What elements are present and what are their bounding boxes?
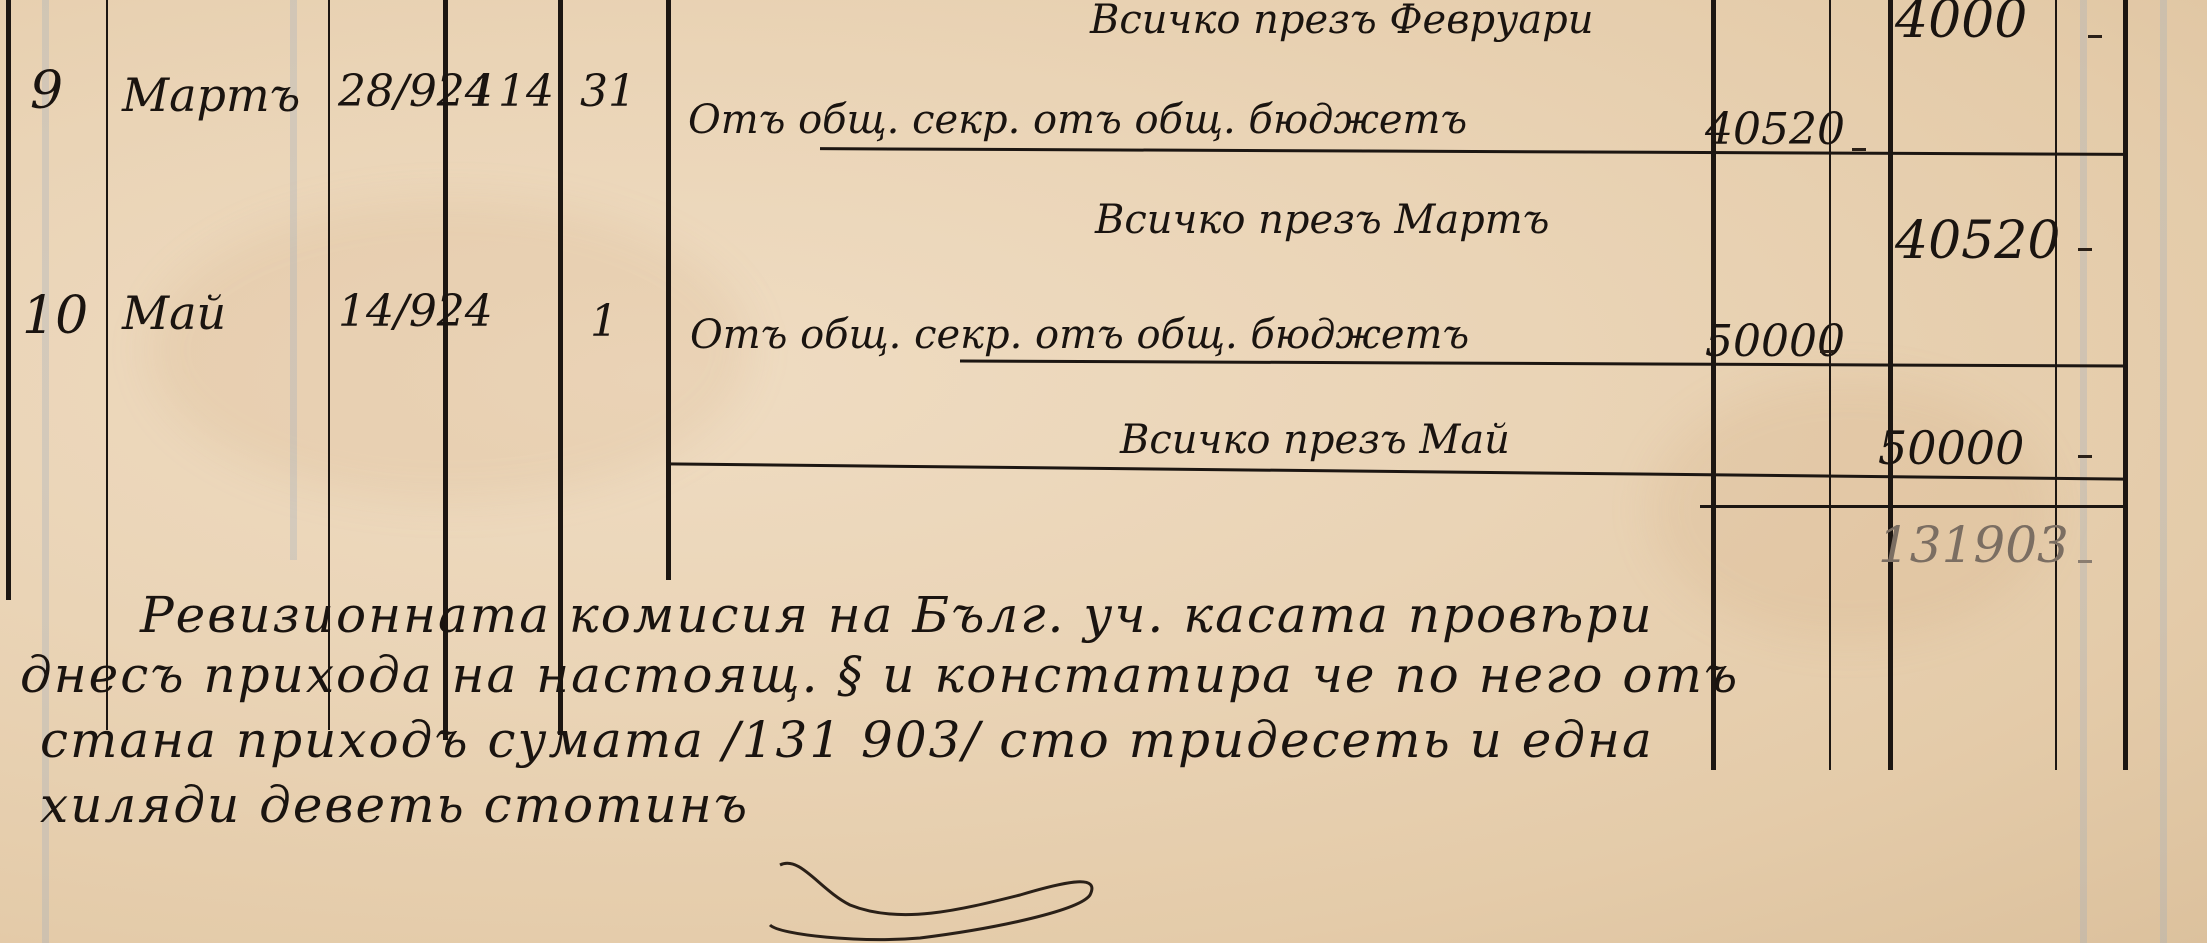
paper-stain [1650,380,2050,640]
audit-note-line: днесъ прихода на настоящ. § и констатира… [20,650,1739,700]
kopeck-dash [2078,560,2092,563]
row-ref1: 114 [470,70,554,114]
row-description: Отъ общ. секр. отъ общ. бюджетъ [690,315,1469,355]
subtotal-rule [1700,505,2126,508]
faint-rule [2080,0,2087,943]
row-income: 50000 [1705,320,1845,364]
column-border [666,0,671,580]
kopeck-dash [2088,35,2102,38]
kopeck-dash [1852,148,1866,151]
paper-stain [150,200,750,500]
audit-note-line: стана приходъ сумата /131 903/ сто триде… [40,715,1654,765]
column-border [106,0,108,730]
column-border [6,0,11,600]
subtotal-label: Всичко презъ Февруари [1090,0,1594,40]
row-description: Отъ общ. секр. отъ общ. бюджетъ [688,100,1467,140]
row-month: Май [122,290,226,336]
row-ref2: 31 [580,70,636,114]
kopeck-dash [1820,350,1834,353]
signature-icon [760,850,1260,943]
subtotal-amount: 4000 [1895,0,2027,46]
row-number: 9 [30,65,63,117]
audit-note-line: хиляди деветь стотинъ [40,780,749,830]
row-month: Мартъ [122,72,300,118]
row-date: 14/924 [338,290,493,334]
subtotal-label: Всичко презъ Мартъ [1095,200,1549,240]
subtotal-label: Всичко презъ Май [1120,420,1510,460]
kopeck-dash [2078,455,2092,458]
column-border [2055,0,2057,770]
row-income: 40520 [1705,108,1845,152]
kopeck-dash [2078,248,2092,251]
subtotal-amount: 40520 [1895,215,2060,267]
ledger-page: Всичко презъ Февруари 4000 9 Мартъ 28/92… [0,0,2207,943]
row-underline [820,147,2126,156]
row-ref2: 1 [590,300,618,344]
faint-rule [2160,0,2167,943]
column-border [1888,0,1893,770]
row-number: 10 [22,290,88,342]
row-underline [960,359,2126,367]
subtotal-amount: 50000 [1878,425,2024,471]
audit-note-line: Ревизионната комисия на Бълг. уч. касата… [140,590,1654,640]
column-border [2123,0,2128,770]
grand-total-amount: 131903 [1878,520,2069,570]
